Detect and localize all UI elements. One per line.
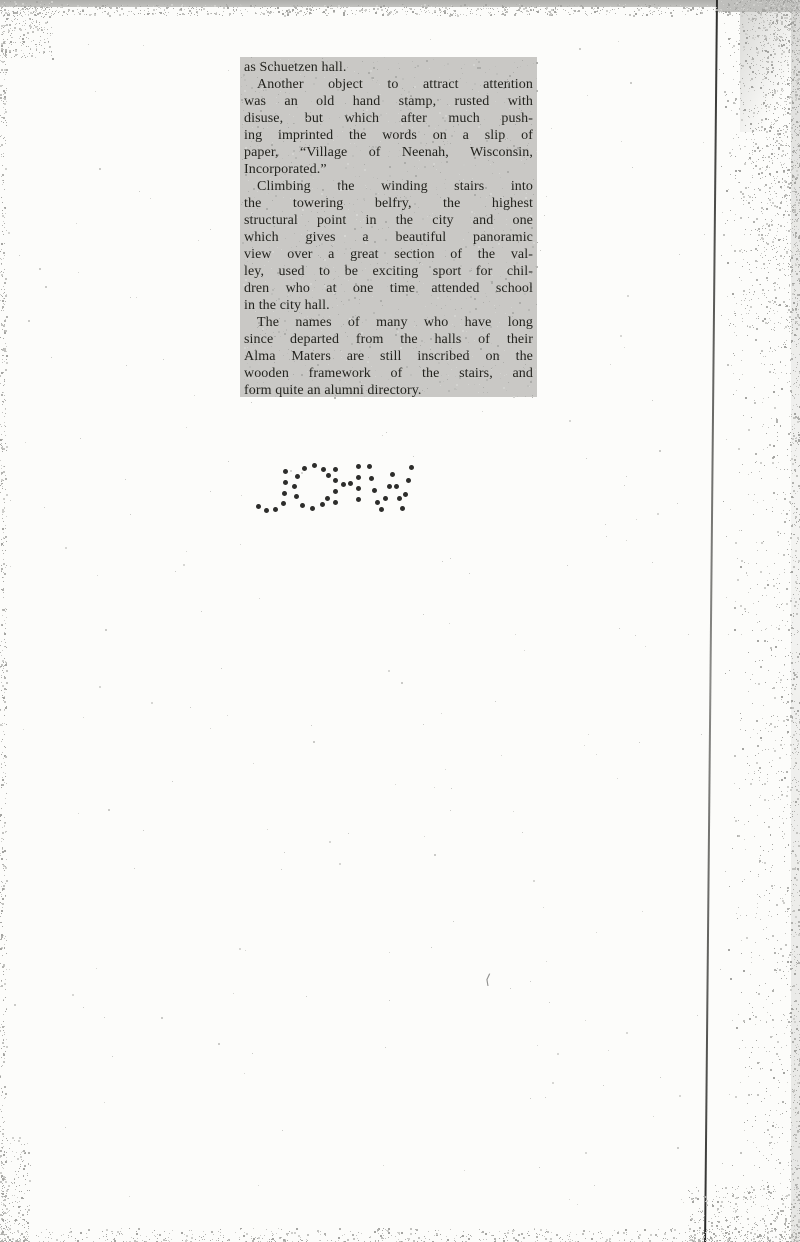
clipping-line: Alma Maters are still inscribed on the <box>244 348 533 365</box>
stamp-dot <box>356 464 361 469</box>
clipping-line: wooden framework of the stairs, and <box>244 365 533 382</box>
clipping-line: structural point in the city and one <box>244 212 533 229</box>
stamp-dot <box>300 503 305 508</box>
stamp-dot <box>372 488 377 493</box>
clipping-line: the towering belfry, the highest <box>244 195 533 212</box>
stamp-dot <box>356 486 361 491</box>
clipping-line: The names of many who have long <box>244 314 533 331</box>
stray-pencil-mark: ⟨ <box>484 972 492 989</box>
clipping-line: ing imprinted the words on a slip of <box>244 127 533 144</box>
stamp-dot <box>390 472 395 477</box>
stamp-dot <box>264 508 269 513</box>
stamp-dot <box>383 496 388 501</box>
scan-edge-right <box>791 0 800 1242</box>
stamp-dot <box>281 501 286 506</box>
stamp-dot <box>325 496 330 501</box>
clipping-line: ley, used to be exciting sport for chil- <box>244 263 533 280</box>
clipping-line: as Schuetzen hall. <box>244 59 533 76</box>
stamp-dot <box>282 491 287 496</box>
stamp-dot <box>333 478 338 483</box>
stamp-dot <box>326 473 331 478</box>
stamp-dot <box>367 464 372 469</box>
stamp-dot <box>406 478 411 483</box>
clipping-line: was an old hand stamp, rusted with <box>244 93 533 110</box>
stamp-dot <box>312 463 317 468</box>
page-fold-line <box>704 0 718 1242</box>
stamp-dot <box>394 484 399 489</box>
stamp-dot <box>333 467 338 472</box>
clipping-line: in the city hall. <box>244 297 533 314</box>
stamp-dot <box>387 484 392 489</box>
stamp-dot <box>397 496 402 501</box>
clipping-line: Incorporated.” <box>244 161 533 178</box>
stamp-dot <box>295 474 300 479</box>
stamp-dot <box>320 502 325 507</box>
clipping-line: Climbing the winding stairs into <box>244 178 533 195</box>
clipping-line: Another object to attract attention <box>244 76 533 93</box>
clipping-line: view over a great section of the val- <box>244 246 533 263</box>
stamp-dot <box>333 500 338 505</box>
stamp-dot <box>292 484 297 489</box>
scanned-page: as Schuetzen hall.Another object to attr… <box>0 0 800 1242</box>
newspaper-clipping: as Schuetzen hall.Another object to attr… <box>240 57 537 397</box>
clipping-line: disuse, but which after much push- <box>244 110 533 127</box>
stamp-dot <box>310 506 315 511</box>
clipping-line: since departed from the halls of their <box>244 331 533 348</box>
stamp-dot <box>294 494 299 499</box>
clipping-line: dren who at one time attended school <box>244 280 533 297</box>
stamp-dot <box>341 482 346 487</box>
stamp-dot <box>403 492 408 497</box>
scan-edge-top-right <box>717 0 800 12</box>
clipping-line: form quite an alumni directory. <box>244 382 533 399</box>
stamp-dot <box>356 475 361 480</box>
stamp-dot <box>400 506 405 511</box>
stamp-dot <box>379 507 384 512</box>
stamp-dot <box>375 500 380 505</box>
stamp-dot <box>273 507 278 512</box>
stamp-dot <box>333 489 338 494</box>
stamp-dot <box>302 466 307 471</box>
clipping-line: which gives a beautiful panoramic <box>244 229 533 246</box>
stamp-dot <box>348 481 353 486</box>
clipping-text: as Schuetzen hall.Another object to attr… <box>244 59 533 399</box>
perforation-stamp-jchw <box>256 460 418 514</box>
stamp-dot <box>409 465 414 470</box>
scan-edge-top <box>0 0 800 7</box>
clipping-line: paper, “Village of Neenah, Wisconsin, <box>244 144 533 161</box>
stamp-dot <box>356 497 361 502</box>
stamp-dot <box>256 504 261 509</box>
stamp-dot <box>283 469 288 474</box>
stamp-dot <box>369 476 374 481</box>
stamp-dot <box>321 467 326 472</box>
stamp-dot <box>283 480 288 485</box>
